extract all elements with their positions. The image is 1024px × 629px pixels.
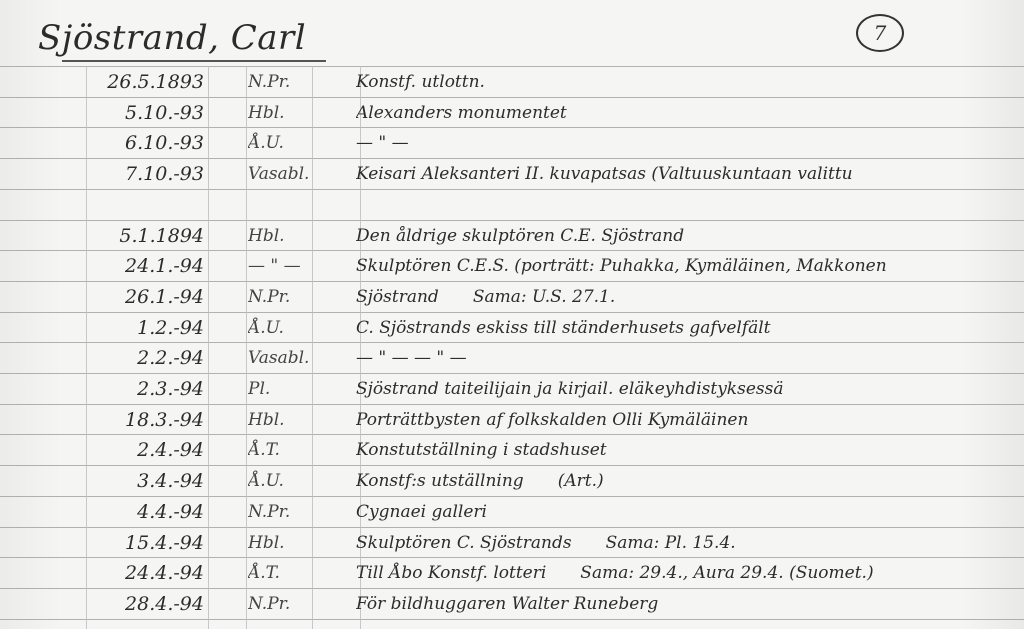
entry-title: Konstf. utlottn. xyxy=(356,66,1024,96)
list-item: 4.4.-94N.Pr.Cygnaei galleri xyxy=(0,496,1024,526)
entry-date xyxy=(86,189,210,219)
entry-date: 2.4.-94 xyxy=(86,434,210,464)
entry-title: — " — — " — xyxy=(356,342,1024,372)
entry-date: 26.5.1893 xyxy=(86,66,210,96)
entry-date: 24.1.-94 xyxy=(86,250,210,280)
list-item: 18.3.-94Hbl.Porträttbysten af folkskalde… xyxy=(0,404,1024,434)
list-item: 3.4.-94Å.U.Konstf:s utställning(Art.) xyxy=(0,465,1024,495)
entry-title: Skulptören C.E.S. (porträtt: Puhakka, Ky… xyxy=(356,250,1024,280)
entry-source: Å.U. xyxy=(248,127,316,157)
entry-source: N.Pr. xyxy=(248,66,316,96)
entry-title-text: Sjöstrand xyxy=(356,287,439,307)
entry-source: Å.T. xyxy=(248,434,316,464)
entry-date: 1.2.-94 xyxy=(86,312,210,342)
entry-date: 6.10.-93 xyxy=(86,127,210,157)
entry-date: 7.10.-93 xyxy=(86,158,210,188)
entry-title: Konstutställning i stadshuset xyxy=(356,434,1024,464)
entry-title: Den åldrige skulptören C.E. Sjöstrand xyxy=(356,220,1024,250)
entry-title xyxy=(356,189,1024,219)
list-item: 24.1.-94— " —Skulptören C.E.S. (porträtt… xyxy=(0,250,1024,280)
entry-source: Vasabl. xyxy=(248,158,316,188)
entry-date: 3.4.-94 xyxy=(86,465,210,495)
entry-date: 15.4.-94 xyxy=(86,527,210,557)
entry-title-text: Skulptören C. Sjöstrands xyxy=(356,533,572,553)
entry-source: Å.T. xyxy=(248,557,316,587)
entry-date: 4.4.-94 xyxy=(86,496,210,526)
entry-source: N.Pr. xyxy=(248,281,316,311)
entry-title: Konstf:s utställning(Art.) xyxy=(356,465,1024,495)
entry-title: Cygnaei galleri xyxy=(356,496,1024,526)
entry-title: C. Sjöstrands eskiss till ständerhusets … xyxy=(356,312,1024,342)
entry-note: Sama: Pl. 15.4. xyxy=(606,533,736,553)
entry-title: Sjöstrand taiteilijain ja kirjail. eläke… xyxy=(356,373,1024,403)
card-number-circle: 7 xyxy=(856,14,904,52)
entry-source: N.Pr. xyxy=(248,588,316,618)
entry-title: — " — xyxy=(356,127,1024,157)
list-item: 6.10.-93Å.U.— " — xyxy=(0,127,1024,157)
entry-source: Hbl. xyxy=(248,220,316,250)
entry-title: Keisari Aleksanteri II. kuvapatsas (Valt… xyxy=(356,158,1024,188)
index-card: Sjöstrand, Carl 7 26.5.1893N.Pr.Konstf. … xyxy=(0,0,1024,629)
entry-date: 5.1.1894 xyxy=(86,220,210,250)
list-item: 1.2.-94Å.U.C. Sjöstrands eskiss till stä… xyxy=(0,312,1024,342)
entry-source: Å.U. xyxy=(248,465,316,495)
list-item: 2.4.-94Å.T.Konstutställning i stadshuset xyxy=(0,434,1024,464)
entry-source: Pl. xyxy=(248,373,316,403)
entry-note: Sama: 29.4., Aura 29.4. (Suomet.) xyxy=(580,563,873,583)
entry-title: Skulptören C. SjöstrandsSama: Pl. 15.4. xyxy=(356,527,1024,557)
entry-title: SjöstrandSama: U.S. 27.1. xyxy=(356,281,1024,311)
card-name-heading: Sjöstrand, Carl xyxy=(38,18,306,58)
list-item: 2.2.-94Vasabl.— " — — " — xyxy=(0,342,1024,372)
entry-source: Å.U. xyxy=(248,312,316,342)
list-item: 2.3.-94Pl.Sjöstrand taiteilijain ja kirj… xyxy=(0,373,1024,403)
entry-date: 18.3.-94 xyxy=(86,404,210,434)
list-item: 24.4.-94Å.T.Till Åbo Konstf. lotteriSama… xyxy=(0,557,1024,587)
name-underline xyxy=(62,60,326,62)
list-item: 15.4.-94Hbl.Skulptören C. SjöstrandsSama… xyxy=(0,527,1024,557)
entry-source: Hbl. xyxy=(248,97,316,127)
entry-date: 28.4.-94 xyxy=(86,588,210,618)
entry-date: 24.4.-94 xyxy=(86,557,210,587)
entry-title: Porträttbysten af folkskalden Olli Kymäl… xyxy=(356,404,1024,434)
entry-source: Hbl. xyxy=(248,527,316,557)
list-item: 26.1.-94N.Pr.SjöstrandSama: U.S. 27.1. xyxy=(0,281,1024,311)
entry-note: Sama: U.S. 27.1. xyxy=(473,287,615,307)
entry-date: 2.2.-94 xyxy=(86,342,210,372)
entry-title-text: Till Åbo Konstf. lotteri xyxy=(356,563,546,583)
list-item xyxy=(0,189,1024,219)
entry-source: N.Pr. xyxy=(248,496,316,526)
entry-source: — " — xyxy=(248,250,316,280)
entry-date: 2.3.-94 xyxy=(86,373,210,403)
entry-title: Till Åbo Konstf. lotteriSama: 29.4., Aur… xyxy=(356,557,1024,587)
list-item: 5.1.1894Hbl.Den åldrige skulptören C.E. … xyxy=(0,220,1024,250)
entry-title: För bildhuggaren Walter Runeberg xyxy=(356,588,1024,618)
list-item: 5.10.-93Hbl.Alexanders monumentet xyxy=(0,97,1024,127)
entry-title-text: Konstf:s utställning xyxy=(356,471,524,491)
list-item: 7.10.-93Vasabl.Keisari Aleksanteri II. k… xyxy=(0,158,1024,188)
list-item: 26.5.1893N.Pr.Konstf. utlottn. xyxy=(0,66,1024,96)
list-item: 28.4.-94N.Pr.För bildhuggaren Walter Run… xyxy=(0,588,1024,618)
entry-source: Vasabl. xyxy=(248,342,316,372)
entry-title: Alexanders monumentet xyxy=(356,97,1024,127)
entry-date: 5.10.-93 xyxy=(86,97,210,127)
entry-note: (Art.) xyxy=(558,471,604,491)
entry-source xyxy=(248,189,316,219)
entry-source: Hbl. xyxy=(248,404,316,434)
ruled-line xyxy=(0,619,1024,620)
entry-date: 26.1.-94 xyxy=(86,281,210,311)
